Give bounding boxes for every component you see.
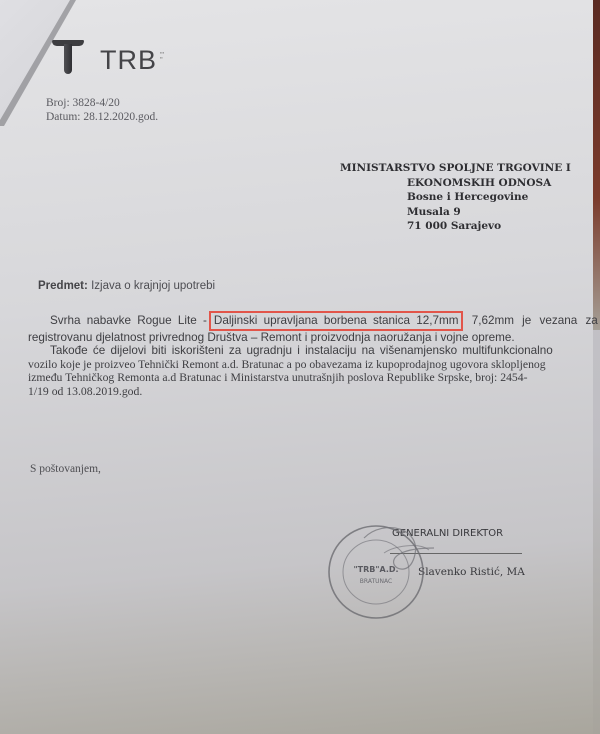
signature-name: Slavenko Ristić, MA: [418, 566, 525, 578]
company-stamp-icon: "TRB"A.D. BRATUNAC: [324, 518, 434, 626]
recipient-line: 71 000 Sarajevo: [340, 219, 571, 234]
highlighted-phrase: Daljinski upravljana borbena stanica 12,…: [209, 311, 464, 331]
body-text: Svrha nabavke Rogue Lite -: [50, 314, 207, 327]
recipient-line: Musala 9: [340, 205, 571, 220]
body-text: 7,62mm je vezana za: [472, 314, 598, 327]
recipient-line: MINISTARSTVO SPOLJNE TRGOVINE I: [340, 161, 571, 176]
trb-t-logo-icon: [52, 40, 86, 80]
svg-text:BRATUNAC: BRATUNAC: [360, 578, 392, 585]
body-text: između Tehničkog Remonta a.d Bratunac i …: [28, 371, 588, 385]
closing: S poštovanjem,: [30, 463, 101, 475]
letterhead-logo: TRB ▪▪▪▪▪: [52, 40, 164, 80]
body-text: 1/19 od 13.08.2019.god.: [28, 385, 588, 399]
body-text: vozilo koje je proizveo Tehnički Remont …: [28, 358, 588, 372]
reference-number: 3828-4/20: [73, 97, 120, 109]
date-value: 28.12.2020.god.: [83, 111, 158, 123]
letter-page: TRB ▪▪▪▪▪ Broj: 3828-4/20 Datum: 28.12.2…: [0, 0, 593, 734]
body-text: Takođe će dijelovi biti iskorišteni za u…: [28, 344, 588, 358]
reference-block: Broj: 3828-4/20 Datum: 28.12.2020.god.: [46, 96, 158, 124]
recipient-line: Bosne i Hercegovine: [340, 190, 571, 205]
letter-body: Svrha nabavke Rogue Lite -Daljinski upra…: [28, 311, 588, 398]
date-label: Datum:: [46, 111, 81, 123]
subject-line: Predmet: Izjava o krajnjoj upotrebi: [38, 280, 215, 292]
subject-label: Predmet:: [38, 280, 88, 292]
reference-label: Broj:: [46, 97, 70, 109]
subject-text: Izjava o krajnjoj upotrebi: [91, 280, 215, 292]
desk-edge: [592, 0, 600, 330]
recipient-line: EKONOMSKIH ODNOSA: [340, 176, 571, 191]
logo-tagline: ▪▪▪▪▪: [160, 50, 164, 60]
body-text: registrovanu djelatnost privrednog Društ…: [28, 331, 588, 345]
company-name: TRB: [100, 45, 157, 76]
svg-text:"TRB"A.D.: "TRB"A.D.: [353, 565, 398, 574]
recipient-address: MINISTARSTVO SPOLJNE TRGOVINE I EKONOMSK…: [340, 161, 571, 234]
